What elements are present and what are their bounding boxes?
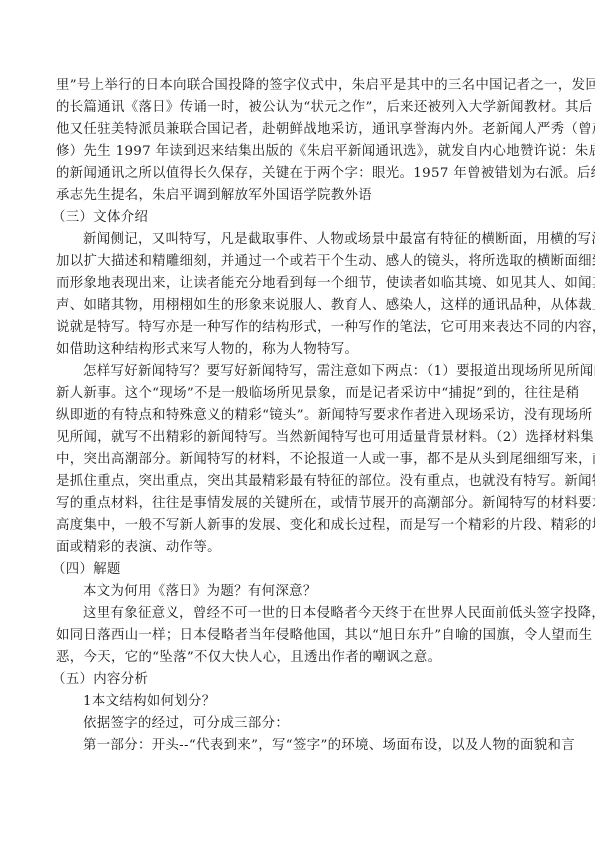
body-line: 而形象地表现出来，让读者能充分地看到每一个细节，使读者如临其境、如见其人、如闻其 <box>56 273 534 295</box>
body-line: 的新闻通讯之所以值得长久保存，关键在于两个字：眼光。1957 年曾被错划为右派。… <box>56 163 534 185</box>
body-line: 如借助这种结构形式来写人物的，称为人物特写。 <box>56 339 534 361</box>
paragraph-start: 怎样写好新闻特写？要写好新闻特写，需注意如下两点：（1）要报道出现场所见所闻的 <box>56 361 534 383</box>
paragraph-start: 第一部分：开头--“代表到来”，写“签字”的环境、场面布设，以及人物的面貌和言 <box>56 735 534 757</box>
body-line: 承志先生提名，朱启平调到解放军外国语学院教外语 <box>56 185 534 207</box>
body-line: 中，突出高潮部分。新闻特写的材料，不论报道一人或一事，都不是从头到尾细细写来，而 <box>56 449 534 471</box>
body-line: 说就是特写。特写亦是一种写作的结构形式，一种写作的笔法，它可用来表达不同的内容， <box>56 317 534 339</box>
body-line: 加以扩大描述和精雕细刻，并通过一个或若干个生动、感人的镜头，将所选取的横断面细致 <box>56 251 534 273</box>
body-line: 见所闻，就写不出精彩的新闻特写。当然新闻特写也可用适量背景材料。（2）选择材料集 <box>56 427 534 449</box>
body-line: 他又任驻美特派员兼联合国记者，赴朝鲜战地采访，通讯享誉海内外。老新闻人严秀（曾彦 <box>56 119 534 141</box>
body-line: 修）先生 1997 年读到迟来结集出版的《朱启平新闻通讯选》，就发自内心地赞许说… <box>56 141 534 163</box>
question-line: 1本文结构如何划分？ <box>56 691 534 713</box>
body-line: 高度集中，一般不写新人新事的发展、变化和成长过程，而是写一个精彩的片段、精彩的场 <box>56 515 534 537</box>
body-line: 是抓住重点，突出重点，突出其最精彩最有特征的部位。没有重点，也就没有特写。新闻特 <box>56 471 534 493</box>
body-line: 写的重点材料，往往是事情发展的关键所在，或情节展开的高潮部分。新闻特写的材料要求 <box>56 493 534 515</box>
section-heading-content-analysis: （五）内容分析 <box>52 669 534 691</box>
body-line: 声、如睹其物，用栩栩如生的形象来说服人、教育人、感染人，这样的通讯品种，从体裁上 <box>56 295 534 317</box>
body-line: 纵即逝的有特点和特殊意义的精彩“镜头”。新闻特写要求作者进入现场采访，没有现场所 <box>56 405 534 427</box>
paragraph-start: 这里有象征意义，曾经不可一世的日本侵略者今天终于在世界人民面前低头签字投降， <box>56 603 534 625</box>
body-line: 的长篇通讯《落日》传诵一时，被公认为“状元之作”，后来还被列入大学新闻教材。其后 <box>56 97 534 119</box>
paragraph-start: 新闻侧记，又叫特写，凡是截取事件、人物或场景中最富有特征的横断面，用横的写法 <box>56 229 534 251</box>
question-line: 本文为何用《落日》为题？有何深意？ <box>56 581 534 603</box>
section-heading-title-analysis: （四）解题 <box>52 559 534 581</box>
body-line: 里”号上举行的日本向联合国投降的签字仪式中，朱启平是其中的三名中国记者之一，发回 <box>56 75 534 97</box>
paragraph-start: 依据签字的经过，可分成三部分： <box>56 713 534 735</box>
body-line: 如同日落西山一样；日本侵略者当年侵略他国，其以“旭日东升”自喻的国旗，令人望而生 <box>56 625 534 647</box>
section-heading-genre: （三）文体介绍 <box>52 207 534 229</box>
body-line: 恶，今天，它的“坠落”不仅大快人心，且透出作者的嘲讽之意。 <box>56 647 534 669</box>
body-line: 面或精彩的表演、动作等。 <box>56 537 534 559</box>
body-line: 新人新事。这个“现场”不是一般临场所见景象，而是记者采访中“捕捉”到的，往往是稍 <box>56 383 534 405</box>
document-page: 里”号上举行的日本向联合国投降的签字仪式中，朱启平是其中的三名中国记者之一，发回… <box>56 75 534 757</box>
